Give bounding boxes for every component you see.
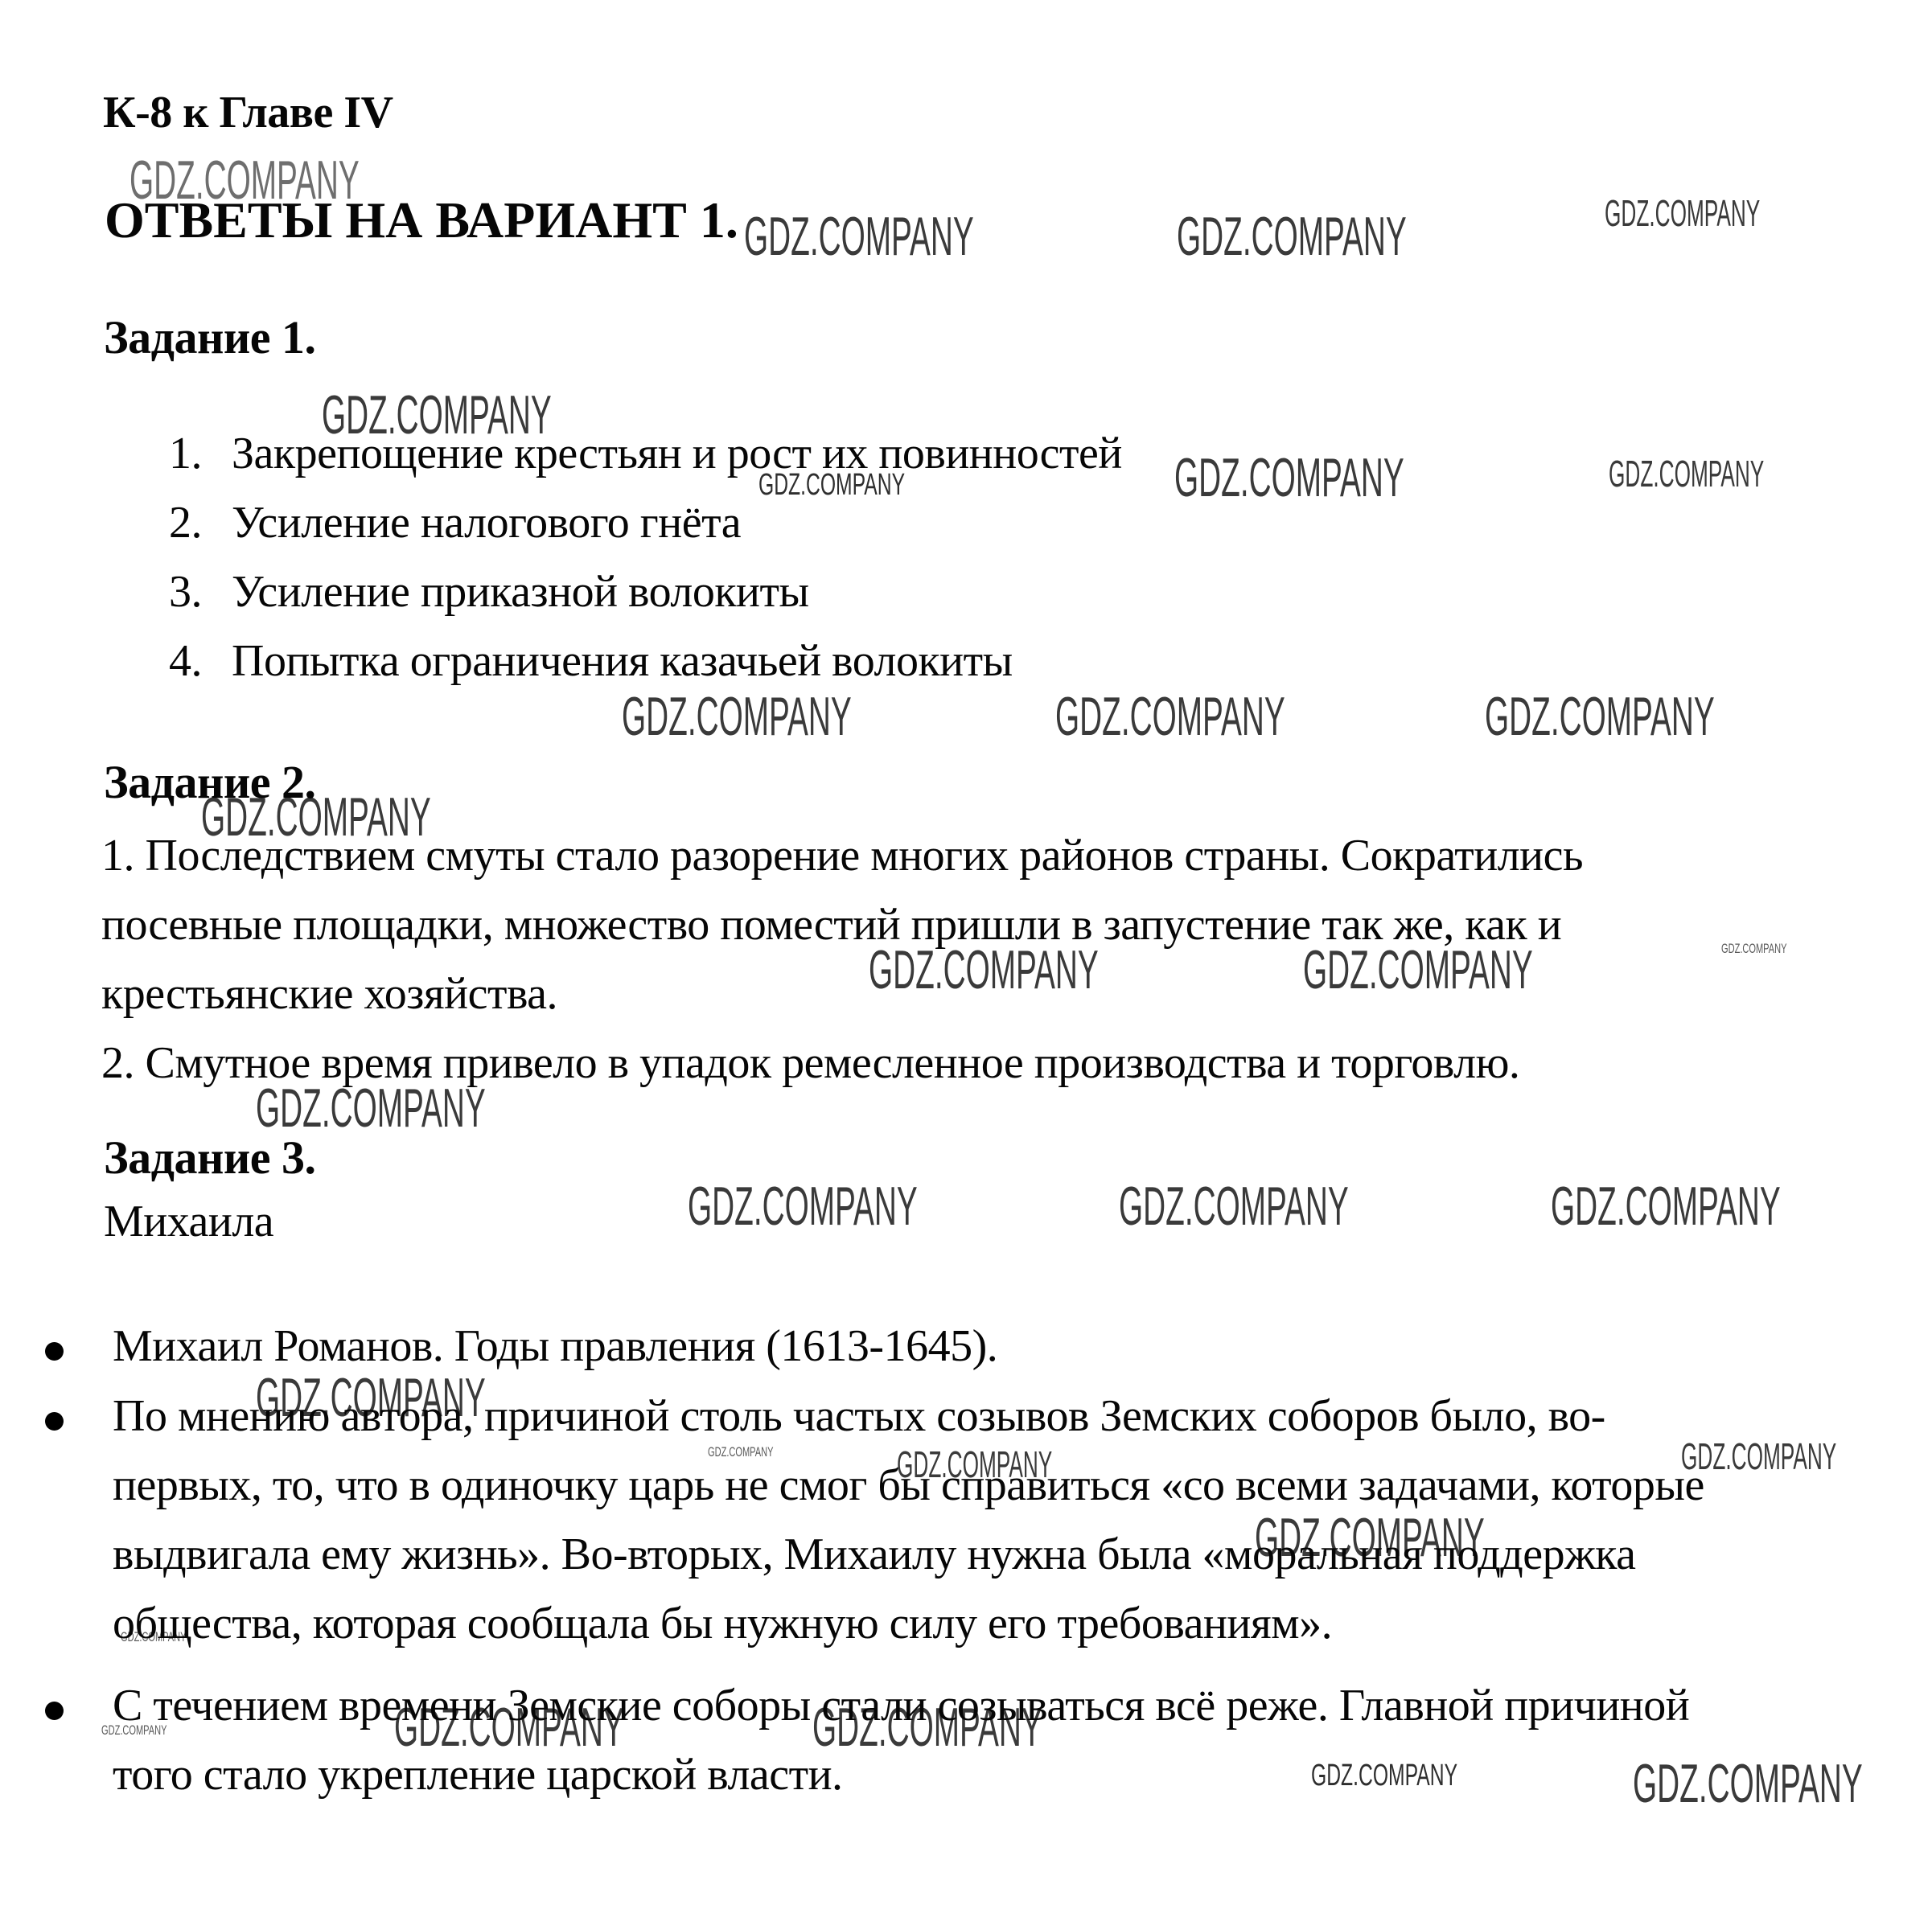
- task1-item: 4.Попытка ограничения казачьей волокиты: [169, 635, 1013, 687]
- task2-answer1-line: крестьянские хозяйства.: [101, 968, 557, 1020]
- task1-item: 3.Усиление приказной волокиты: [169, 566, 809, 618]
- task3-bullet3-line: С течением времени Земские соборы стали …: [113, 1680, 1689, 1731]
- item-text: Закрепощение крестьян и рост их повиннос…: [232, 429, 1122, 478]
- gdz-watermark: GDZ.COMPANY: [1177, 209, 1407, 264]
- gdz-watermark: GDZ.COMPANY: [708, 1445, 773, 1459]
- gdz-watermark: GDZ.COMPANY: [1055, 689, 1285, 744]
- task3-bullet2-line: выдвигала ему жизнь». Во-вторых, Михаилу…: [113, 1529, 1635, 1580]
- page-title: К-8 к Главе IV: [103, 87, 393, 138]
- gdz-watermark: GDZ.COMPANY: [1311, 1760, 1457, 1791]
- task3-bullet2-line: первых, то, что в одиночку царь не смог …: [113, 1460, 1704, 1511]
- gdz-watermark: GDZ.COMPANY: [1605, 195, 1760, 232]
- gdz-watermark: GDZ.COMPANY: [1633, 1756, 1863, 1811]
- task3-bullet1: Михаил Романов. Годы правления (1613-164…: [113, 1320, 997, 1372]
- gdz-watermark: GDZ.COMPANY: [1485, 689, 1715, 744]
- task2-heading: Задание 2.: [104, 756, 316, 810]
- item-number: 3.: [169, 566, 232, 618]
- gdz-watermark: GDZ.COMPANY: [1609, 455, 1764, 492]
- gdz-watermark: GDZ.COMPANY: [1721, 942, 1786, 955]
- gdz-watermark: GDZ.COMPANY: [688, 1179, 918, 1234]
- task2-answer2: 2. Смутное время привело в упадок ремесл…: [101, 1037, 1519, 1089]
- bullet-icon: [45, 1342, 64, 1361]
- task1-item: 1.Закрепощение крестьян и рост их повинн…: [169, 428, 1122, 479]
- item-text: Усиление налогового гнёта: [232, 498, 741, 548]
- item-number: 1.: [169, 428, 232, 479]
- bullet-icon: [45, 1412, 64, 1431]
- task2-answer1-line: посевные площадки, множество поместий пр…: [101, 899, 1561, 950]
- gdz-watermark: GDZ.COMPANY: [1681, 1438, 1836, 1475]
- task3-bullet2-line: общества, которая сообщала бы нужную сил…: [113, 1598, 1332, 1649]
- task1-heading: Задание 1.: [104, 311, 316, 365]
- bullet-icon: [45, 1702, 64, 1720]
- gdz-watermark: GDZ.COMPANY: [1551, 1179, 1781, 1234]
- gdz-watermark: GDZ.COMPANY: [1174, 450, 1404, 505]
- answers-heading: ОТВЕТЫ НА ВАРИАНТ 1.: [105, 191, 738, 250]
- task3-bullet3-line: того стало укрепление царской власти.: [113, 1749, 843, 1800]
- item-number: 4.: [169, 635, 232, 687]
- task3-bullet2-line: По мнению автора, причиной столь частых …: [113, 1390, 1605, 1442]
- gdz-watermark: GDZ.COMPANY: [744, 209, 974, 264]
- gdz-watermark: GDZ.COMPANY: [622, 689, 852, 744]
- task1-item: 2.Усиление налогового гнёта: [169, 497, 741, 548]
- task3-heading: Задание 3.: [104, 1131, 316, 1185]
- task2-answer1-line: 1. Последствием смуты стало разорение мн…: [101, 830, 1583, 881]
- item-text: Усиление приказной волокиты: [232, 567, 809, 617]
- item-number: 2.: [169, 497, 232, 548]
- document-page: GDZ.COMPANY GDZ.COMPANY GDZ.COMPANY GDZ.…: [0, 0, 1932, 1905]
- item-text: Попытка ограничения казачьей волокиты: [232, 636, 1013, 686]
- task3-intro: Михаила: [104, 1196, 273, 1247]
- gdz-watermark: GDZ.COMPANY: [1119, 1179, 1349, 1234]
